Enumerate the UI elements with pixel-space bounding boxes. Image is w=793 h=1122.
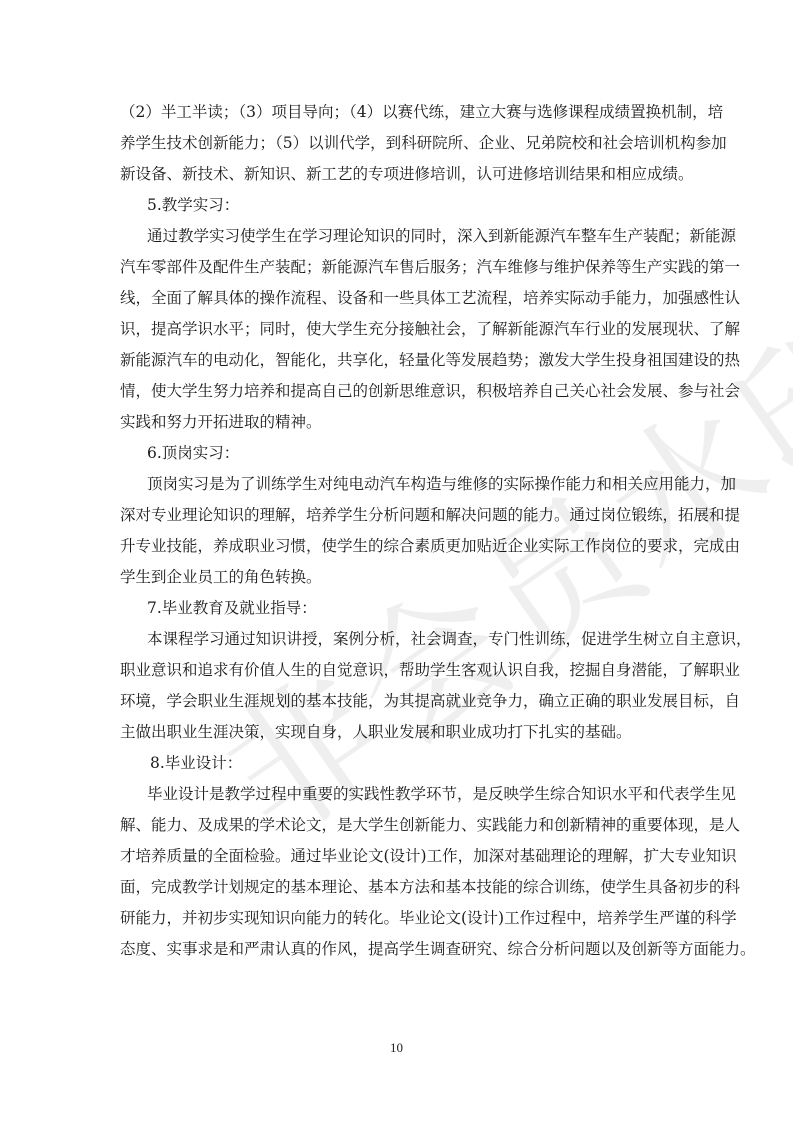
section-heading: 8.毕业设计：: [150, 748, 242, 779]
paragraph-line: 汽车零部件及配件生产装配；新能源汽车售后服务；汽车维修与维护保养等生产实践的第一: [120, 252, 673, 283]
paragraph-line: 养学生技术创新能力；（5）以训代学，到科研院所、企业、兄弟院校和社会培训机构参加: [120, 128, 673, 159]
paragraph-line: 主做出职业生涯决策，实现自身，人职业发展和职业成功打下扎实的基础。: [120, 717, 673, 748]
paragraph-line: 实践和努力开拓进取的精神。: [120, 407, 673, 438]
paragraph-line: 新能源汽车的电动化，智能化，共享化，轻量化等发展趋势；激发大学生投身祖国建设的热: [120, 345, 673, 376]
paragraph-line: （2）半工半读；（3）项目导向；（4）以赛代练，建立大赛与选修课程成绩置换机制，…: [120, 97, 673, 128]
paragraph-line: 通过教学实习使学生在学习理论知识的同时，深入到新能源汽车整车生产装配；新能源: [147, 221, 673, 252]
section-heading: 6.顶岗实习：: [147, 438, 239, 469]
paragraph-line: 情，使大学生努力培养和提高自己的创新思维意识，积极培养自己关心社会发展、参与社会: [120, 376, 673, 407]
paragraph-line: 研能力，并初步实现知识向能力的转化。毕业论文(设计)工作过程中，培养学生严谨的科…: [120, 903, 673, 934]
paragraph-line: 识，提高学识水平；同时，使大学生充分接触社会，了解新能源汽车行业的发展现状、了解: [120, 314, 673, 345]
paragraph-line: 态度、实事求是和严肃认真的作风，提高学生调查研究、综合分析问题以及创新等方面能力…: [120, 934, 673, 965]
paragraph-line: 才培养质量的全面检验。通过毕业论文(设计)工作，加深对基础理论的理解，扩大专业知…: [120, 841, 673, 872]
paragraph-line: 职业意识和追求有价值人生的自觉意识，帮助学生客观认识自我，挖掘自身潜能，了解职业: [120, 655, 673, 686]
section-heading: 5.教学实习：: [147, 190, 239, 221]
section-heading: 7.毕业教育及就业指导：: [147, 593, 317, 624]
paragraph-line: 深对专业理论知识的理解，培养学生分析问题和解决问题的能力。通过岗位锻练，拓展和提: [120, 500, 673, 531]
paragraph-line: 顶岗实习是为了训练学生对纯电动汽车构造与维修的实际操作能力和相关应用能力，加: [147, 469, 673, 500]
paragraph-line: 面，完成教学计划规定的基本理论、基本方法和基本技能的综合训练，使学生具备初步的科: [120, 872, 673, 903]
paragraph-line: 学生到企业员工的角色转换。: [120, 562, 673, 593]
paragraph-line: 本课程学习通过知识讲授，案例分析，社会调查，专门性训练，促进学生树立自主意识，: [147, 624, 673, 655]
paragraph-line: 升专业技能，养成职业习惯，使学生的综合素质更加贴近企业实际工作岗位的要求，完成由: [120, 531, 673, 562]
paragraph-line: 环境，学会职业生涯规划的基本技能，为其提高就业竞争力，确立正确的职业发展目标，自: [120, 686, 673, 717]
paragraph-line: 毕业设计是教学过程中重要的实践性教学环节，是反映学生综合知识水平和代表学生见: [147, 779, 673, 810]
paragraph-line: 新设备、新技术、新知识、新工艺的专项进修培训，认可进修培训结果和相应成绩。: [120, 159, 673, 190]
paragraph-line: 线，全面了解具体的操作流程、设备和一些具体工艺流程，培养实际动手能力，加强感性认: [120, 283, 673, 314]
page-number: 10: [0, 1040, 793, 1056]
document-page: 非会员水印 （2）半工半读；（3）项目导向；（4）以赛代练，建立大赛与选修课程成…: [0, 0, 793, 1122]
paragraph-line: 解、能力、及成果的学术论文，是大学生创新能力、实践能力和创新精神的重要体现，是人: [120, 810, 673, 841]
